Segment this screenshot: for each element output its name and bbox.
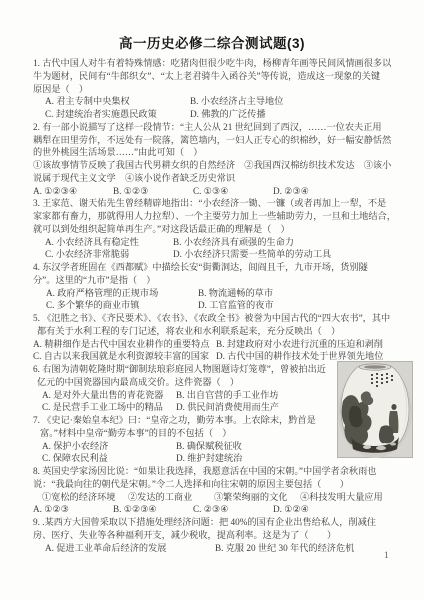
- option-text: ①宽松的经济环境: [42, 491, 128, 504]
- option-text: B. ①②③④: [113, 503, 193, 516]
- question-3: 3. 王家范、谢天佑先生曾经精辟地指出：“小农经济一锄、一镰（或者再加上一犁，不…: [33, 197, 395, 261]
- text-line: 8. 英国史学家汤因比说：“如果让我选择，我愿意活在中国的宋朝。”中国学者余秋雨…: [33, 465, 395, 478]
- text-line: 就可以到处组织起简单再生产。”对这段话最正确的理解是（ ）: [33, 223, 395, 236]
- option-text: A. 保护小农经济: [42, 440, 176, 453]
- stem-text: 7. 《史记·秦始皇本纪》曰：“皇帝之功，勤劳本事。上农除末，黔首是: [33, 414, 316, 427]
- text-line: 的世外桃园生活场景……”由此可知（ ）: [33, 146, 395, 159]
- option-text: A. 精耕细作是古代中国农业耕作的重要特点: [33, 338, 216, 351]
- stem-text: 分”。这里的“九市”是指（ ）: [33, 274, 155, 287]
- option-text: A. 政府严格管理的正规市场: [46, 287, 198, 300]
- stem-text: ①该故事情节反映了我国古代男耕女织的自然经济 ②我国西汉棉纺织技术发达 ③该小: [33, 159, 391, 172]
- text-line: 家家都有畜力，那就得用人力拉犁）、一个主要劳力加上一些辅助劳力，一旦和土地结合，: [33, 210, 395, 223]
- option-text: B. 出自官营的手工业作坊: [176, 389, 279, 402]
- text-line: 9. .某西方大国曾采取以下措施处理经济问题：把 40%的国有企业出售给私人，削…: [33, 516, 395, 529]
- text-line: 耦犁在田里劳作，不远处有一院落，篱笆墙内，一妇人正专心的织棉纱，好一幅安静恬然: [33, 134, 395, 147]
- text-line: 都有关于水利工程的专门记述，将农业和水利联系起来，充分反映出（ ）: [33, 325, 395, 338]
- option-text: C. 是民营手工业工场中的精品: [42, 401, 176, 414]
- stem-text: 的世外桃园生活场景……”由此可知（ ）: [33, 146, 202, 159]
- stem-text: 4. 东汉学者班固在《西都赋》中描绘长安“街衢洞达，闾阎且千，九市开场，货别隧: [33, 261, 368, 274]
- stem-text: 8. 英国史学家汤因比说：“如果让我选择，我愿意活在中国的宋朝。”中国学者余秋雨…: [33, 465, 377, 478]
- stem-text: 富。”材料中皇帝“勤劳本事”的目的不包括（ ）: [40, 427, 231, 440]
- option-text: ②发达的工商业: [128, 491, 214, 504]
- option-text: D. 供民间消费使用而生产: [176, 401, 279, 414]
- option-text: A. 小农经济具有稳定性: [45, 236, 173, 249]
- porcelain-jar-illustration: [337, 361, 413, 458]
- option-text: B. 确保赋税征收: [176, 440, 242, 453]
- stem-text: 就可以到处组织起简单再生产。”对这段话最正确的理解是（ ）: [33, 223, 290, 236]
- option-text: A. ①②③④: [33, 185, 113, 198]
- option-text: D. ②③④: [273, 185, 309, 198]
- stem-text: 1. 古代中国人对牛有着特殊情感：吃猪肉但很少吃牛肉，杨柳青年画等民间风情画很多…: [33, 57, 391, 70]
- stem-text: 亿元的中国瓷器国内最高成交价。这件瓷器（ ）: [37, 376, 239, 389]
- stem-text: 5. 《氾胜之书》、《齐民要术》、《农书》、《农政全书》被誉为中国古代的“四大农…: [33, 312, 390, 325]
- option-text: C. ②③④: [193, 503, 273, 516]
- text-line: 分”。这里的“九市”是指（ ）: [33, 274, 395, 287]
- stem-text: 房、医疗、失业等各种福利开支，减少税收，提高利率。这是为了（ ）: [33, 529, 336, 542]
- option-text: C. 封建统治者实施愚民政策: [45, 108, 190, 121]
- text-line: 说：“我最向往的朝代是宋朝。”令二人选择和向往宋朝的原因主要包括（ ）: [33, 478, 395, 491]
- text-line: 房、医疗、失业等各种福利开支，减少税收，提高利率。这是为了（ ）: [33, 529, 395, 542]
- stem-text: 牛为题材，民间有“牛郎织女”、“太上老君骑牛入函谷关”等传说，造成这一现象的关键: [33, 70, 380, 83]
- stem-text: 6. 右图为清朝乾隆时期“御制珐琅彩庭园人物图题诗灯笼尊”，曾被拍出近: [33, 363, 326, 376]
- option-text: ③繁荣绚丽的文化: [214, 491, 300, 504]
- option-text: C. 保障农民利益: [42, 452, 176, 465]
- stem-text: 说：“我最向往的朝代是宋朝。”令二人选择和向往宋朝的原因主要包括（ ）: [33, 478, 349, 491]
- stem-text: 原因是（ ）: [33, 83, 88, 96]
- text-line: C. 小农经济非常脆弱D. 小农经济只需要一些简单的劳动工具: [33, 248, 395, 261]
- text-line: C. 封建统治者实施愚民政策D. 佛教的广泛传播: [33, 108, 395, 121]
- option-text: D. 小农经济只需要一些简单的劳动工具: [173, 248, 331, 261]
- option-text: A. 君主专制中央集权: [45, 95, 190, 108]
- text-line: A. ①②③④B. ①②③C. ①③④D. ②③④: [33, 185, 395, 198]
- text-line: ①该故事情节反映了我国古代男耕女织的自然经济 ②我国西汉棉纺织技术发达 ③该小: [33, 159, 395, 172]
- questions-area: 1. 古代中国人对牛有着特殊情感：吃猪肉但很少吃牛肉，杨柳青年画等民间风情画很多…: [33, 57, 395, 554]
- question-8: 8. 英国史学家汤因比说：“如果让我选择，我愿意活在中国的宋朝。”中国学者余秋雨…: [33, 465, 395, 516]
- option-text: ④科技发明大量应用: [300, 491, 383, 504]
- stem-text: 耦犁在田里劳作，不远处有一院落，篱笆墙内，一妇人正专心的织棉纱，好一幅安静恬然: [33, 134, 391, 147]
- text-line: A. 精耕细作是古代中国农业耕作的重要特点B. 封建政府对小农进行沉重的压迫和剥…: [33, 338, 395, 351]
- question-1: 1. 古代中国人对牛有着特殊情感：吃猪肉但很少吃牛肉，杨柳青年画等民间风情画很多…: [33, 57, 395, 121]
- option-text: B. 物流通畅的草市: [198, 287, 273, 300]
- text-line: A. 君主专制中央集权B. 小农经济占主导地位: [33, 95, 395, 108]
- text-line: ①宽松的经济环境②发达的工商业③繁荣绚丽的文化④科技发明大量应用: [33, 491, 395, 504]
- option-text: C. 多个繁华的商业市镇: [46, 299, 198, 312]
- question-2: 2. 有一部小说描写了这样一段情节：“主人公从 21 世纪回到了西汉，……一位农…: [33, 121, 395, 198]
- question-9: 9. .某西方大国曾采取以下措施处理经济问题：把 40%的国有企业出售给私人，削…: [33, 516, 395, 554]
- option-text: C. ①③④: [193, 185, 273, 198]
- text-line: 5. 《氾胜之书》、《齐民要术》、《农书》、《农政全书》被誉为中国古代的“四大农…: [33, 312, 395, 325]
- stem-text: 9. .某西方大国曾采取以下措施处理经济问题：把 40%的国有企业出售给私人，削…: [33, 516, 376, 529]
- porcelain-vase-photo: [337, 361, 413, 458]
- option-text: B. 小农经济具有顽强的生命力: [173, 236, 294, 249]
- stem-text: 都有关于水利工程的专门记述，将农业和水利联系起来，充分反映出（ ）: [37, 325, 340, 338]
- stem-text: 3. 王家范、谢天佑先生曾经精辟地指出：“小农经济一锄、一镰（或者再加上一犁，不…: [33, 197, 386, 210]
- stem-text: 说属于现代主义文学 ④该小说作者缺乏历史常识: [33, 172, 235, 185]
- option-text: D. 维护封建统治: [176, 452, 242, 465]
- option-text: B. 封建政府对小农进行沉重的压迫和剥削: [216, 338, 383, 351]
- text-line: 原因是（ ）: [33, 83, 395, 96]
- text-line: A. ①②③B. ①②③④C. ②③④D. ①②④: [33, 503, 395, 516]
- test-paper-page: 高一历史必修二综合测试题(3) 1. 古代中国人对牛有着特殊情感：吃猪肉但很少吃…: [0, 0, 424, 600]
- question-5: 5. 《氾胜之书》、《齐民要术》、《农书》、《农政全书》被誉为中国古代的“四大农…: [33, 312, 395, 363]
- option-text: D. ①②④: [273, 503, 309, 516]
- text-line: 牛为题材，民间有“牛郎织女”、“太上老君骑牛入函谷关”等传说，造成这一现象的关键: [33, 70, 395, 83]
- text-line: 1. 古代中国人对牛有着特殊情感：吃猪肉但很少吃牛肉，杨柳青年画等民间风情画很多…: [33, 57, 395, 70]
- stem-text: 2. 有一部小说描写了这样一段情节：“主人公从 21 世纪回到了西汉，……一位农…: [33, 121, 382, 134]
- text-line: 说属于现代主义文学 ④该小说作者缺乏历史常识: [33, 172, 395, 185]
- option-text: B. 小农经济占主导地位: [190, 95, 283, 108]
- text-line: 3. 王家范、谢天佑先生曾经精辟地指出：“小农经济一锄、一镰（或者再加上一犁，不…: [33, 197, 395, 210]
- option-text: A. 是对外大量出售的青花瓷器: [42, 389, 176, 402]
- text-line: C. 多个繁华的商业市镇D. 工官监管的夜市: [33, 299, 395, 312]
- text-line: A. 促进工业革命后经济的发展B. 克服 20 世纪 30 年代的经济危机: [33, 542, 395, 555]
- text-line: 2. 有一部小说描写了这样一段情节：“主人公从 21 世纪回到了西汉，……一位农…: [33, 121, 395, 134]
- option-text: B. ①②③: [113, 185, 193, 198]
- option-text: C. 小农经济非常脆弱: [45, 248, 173, 261]
- page-title: 高一历史必修二综合测试题(3): [0, 35, 424, 53]
- option-text: C. 自古以来我国就是水利资源较丰富的国家: [33, 350, 216, 363]
- option-text: A. ①②③: [33, 503, 113, 516]
- stem-text: 家家都有畜力，那就得用人力拉犁）、一个主要劳力加上一些辅助劳力，一旦和土地结合，: [33, 210, 396, 223]
- question-4: 4. 东汉学者班固在《西都赋》中描绘长安“街衢洞达，闾阎且千，九市开场，货别隧分…: [33, 261, 395, 312]
- page-number: 1: [384, 550, 389, 560]
- option-text: D. 佛教的广泛传播: [190, 108, 266, 121]
- text-line: A. 小农经济具有稳定性B. 小农经济具有顽强的生命力: [33, 236, 395, 249]
- option-text: B. 克服 20 世纪 30 年代的经济危机: [215, 542, 354, 555]
- text-line: 4. 东汉学者班固在《西都赋》中描绘长安“街衢洞达，闾阎且千，九市开场，货别隧: [33, 261, 395, 274]
- option-text: D. 工官监管的夜市: [198, 299, 274, 312]
- text-line: A. 政府严格管理的正规市场B. 物流通畅的草市: [33, 287, 395, 300]
- option-text: A. 促进工业革命后经济的发展: [45, 542, 215, 555]
